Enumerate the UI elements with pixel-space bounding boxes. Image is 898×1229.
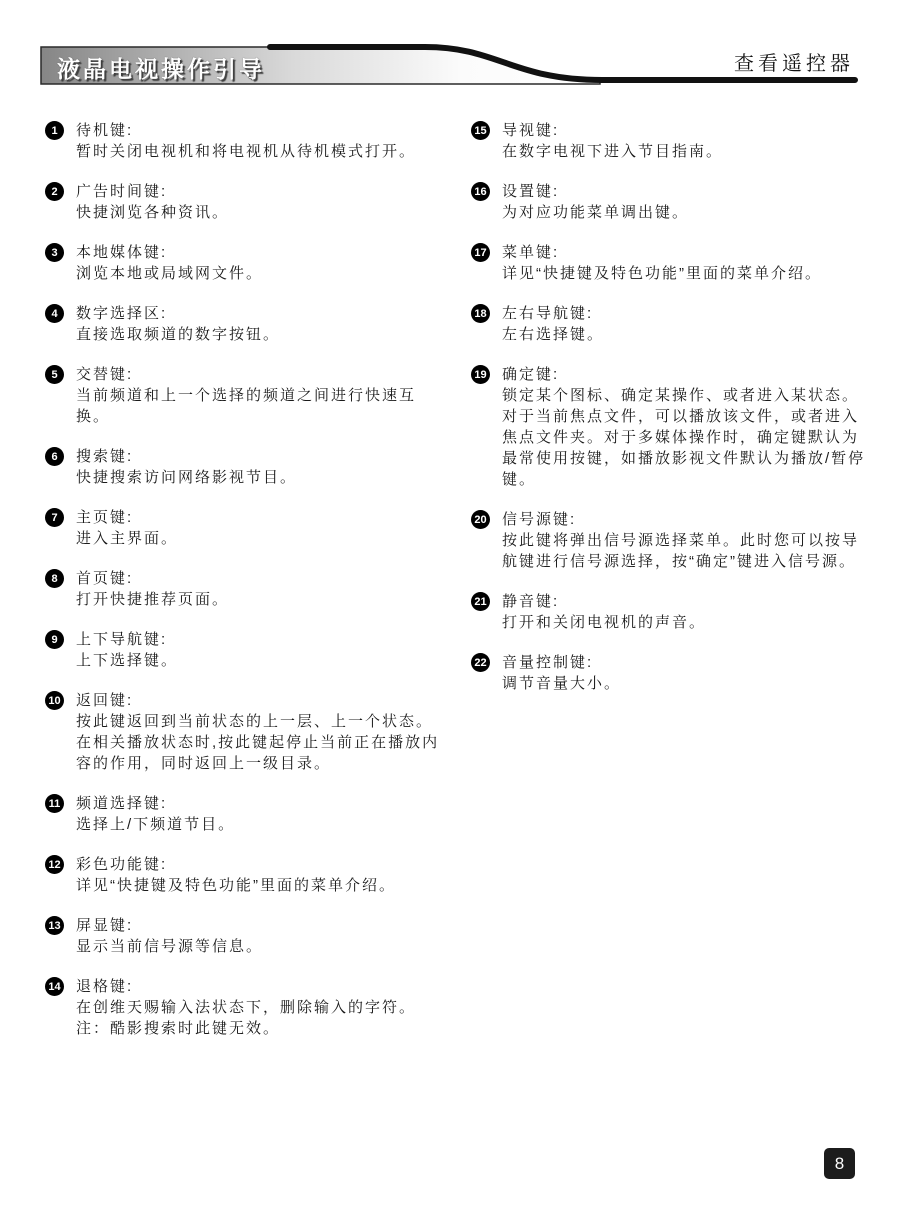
list-item-15: 15 导视键: 在数字电视下进入节目指南。	[471, 120, 875, 162]
list-item-17: 17 菜单键: 详见“快捷键及特色功能”里面的菜单介绍。	[471, 242, 875, 284]
item-title: 频道选择键:	[76, 793, 235, 814]
item-title: 数字选择区:	[76, 303, 280, 324]
item-description: 当前频道和上一个选择的频道之间进行快速互换。	[76, 385, 443, 427]
list-item-12: 12 彩色功能键: 详见“快捷键及特色功能”里面的菜单介绍。	[45, 854, 443, 896]
item-text: 信号源键: 按此键将弹出信号源选择菜单。此时您可以按导航键进行信号源选择，按“确…	[502, 509, 875, 572]
item-title: 搜索键:	[76, 446, 297, 467]
list-item-20: 20 信号源键: 按此键将弹出信号源选择菜单。此时您可以按导航键进行信号源选择，…	[471, 509, 875, 572]
item-number-badge: 8	[45, 569, 64, 588]
item-text: 返回键: 按此键返回到当前状态的上一层、上一个状态。在相关播放状态时,按此键起停…	[76, 690, 443, 774]
list-item-22: 22 音量控制键: 调节音量大小。	[471, 652, 875, 694]
item-text: 确定键: 锁定某个图标、确定某操作、或者进入某状态。对于当前焦点文件，可以播放该…	[502, 364, 875, 490]
list-item-1: 1 待机键: 暂时关闭电视机和将电视机从待机模式打开。	[45, 120, 443, 162]
item-text: 退格键: 在创维天赐输入法状态下，删除输入的字符。 注：酷影搜索时此键无效。	[76, 976, 416, 1039]
item-number-badge: 13	[45, 916, 64, 935]
item-number-badge: 9	[45, 630, 64, 649]
item-description: 浏览本地或局域网文件。	[76, 263, 263, 284]
page-topic-title: 查看遥控器	[734, 47, 854, 76]
item-title: 退格键:	[76, 976, 416, 997]
list-item-5: 5 交替键: 当前频道和上一个选择的频道之间进行快速互换。	[45, 364, 443, 427]
item-description: 打开快捷推荐页面。	[76, 589, 229, 610]
banner-title: 液晶电视操作引导	[57, 51, 265, 84]
item-title: 广告时间键:	[76, 181, 229, 202]
page-number-badge: 8	[824, 1148, 855, 1179]
item-number-badge: 3	[45, 243, 64, 262]
item-description: 显示当前信号源等信息。	[76, 936, 263, 957]
item-title: 静音键:	[502, 591, 706, 612]
item-text: 音量控制键: 调节音量大小。	[502, 652, 621, 694]
item-text: 广告时间键: 快捷浏览各种资讯。	[76, 181, 229, 223]
item-title: 设置键:	[502, 181, 689, 202]
item-number-badge: 19	[471, 365, 490, 384]
item-number-badge: 16	[471, 182, 490, 201]
item-description: 在创维天赐输入法状态下，删除输入的字符。 注：酷影搜索时此键无效。	[76, 997, 416, 1039]
item-number-badge: 17	[471, 243, 490, 262]
item-description: 为对应功能菜单调出键。	[502, 202, 689, 223]
item-number-badge: 6	[45, 447, 64, 466]
item-title: 菜单键:	[502, 242, 822, 263]
list-item-7: 7 主页键: 进入主界面。	[45, 507, 443, 549]
item-title: 屏显键:	[76, 915, 263, 936]
list-item-10: 10 返回键: 按此键返回到当前状态的上一层、上一个状态。在相关播放状态时,按此…	[45, 690, 443, 774]
item-number-badge: 18	[471, 304, 490, 323]
item-title: 彩色功能键:	[76, 854, 396, 875]
item-description: 按此键将弹出信号源选择菜单。此时您可以按导航键进行信号源选择，按“确定”键进入信…	[502, 530, 875, 572]
item-number-badge: 10	[45, 691, 64, 710]
item-title: 信号源键:	[502, 509, 875, 530]
item-title: 待机键:	[76, 120, 416, 141]
item-title: 返回键:	[76, 690, 443, 711]
item-description: 进入主界面。	[76, 528, 178, 549]
list-item-13: 13 屏显键: 显示当前信号源等信息。	[45, 915, 443, 957]
item-description: 左右选择键。	[502, 324, 604, 345]
item-text: 屏显键: 显示当前信号源等信息。	[76, 915, 263, 957]
item-number-badge: 21	[471, 592, 490, 611]
list-item-6: 6 搜索键: 快捷搜索访问网络影视节目。	[45, 446, 443, 488]
item-text: 主页键: 进入主界面。	[76, 507, 178, 549]
item-text: 数字选择区: 直接选取频道的数字按钮。	[76, 303, 280, 345]
item-description: 详见“快捷键及特色功能”里面的菜单介绍。	[502, 263, 822, 284]
item-number-badge: 7	[45, 508, 64, 527]
item-text: 上下导航键: 上下选择键。	[76, 629, 178, 671]
item-title: 导视键:	[502, 120, 723, 141]
item-number-badge: 12	[45, 855, 64, 874]
item-description: 按此键返回到当前状态的上一层、上一个状态。在相关播放状态时,按此键起停止当前正在…	[76, 711, 443, 774]
list-item-4: 4 数字选择区: 直接选取频道的数字按钮。	[45, 303, 443, 345]
item-number-badge: 20	[471, 510, 490, 529]
item-number-badge: 15	[471, 121, 490, 140]
item-number-badge: 14	[45, 977, 64, 996]
item-text: 彩色功能键: 详见“快捷键及特色功能”里面的菜单介绍。	[76, 854, 396, 896]
list-item-18: 18 左右导航键: 左右选择键。	[471, 303, 875, 345]
item-text: 左右导航键: 左右选择键。	[502, 303, 604, 345]
item-title: 确定键:	[502, 364, 875, 385]
list-item-8: 8 首页键: 打开快捷推荐页面。	[45, 568, 443, 610]
button-description-list: 1 待机键: 暂时关闭电视机和将电视机从待机模式打开。 2 广告时间键: 快捷浏…	[45, 120, 875, 1058]
item-number-badge: 4	[45, 304, 64, 323]
item-text: 首页键: 打开快捷推荐页面。	[76, 568, 229, 610]
item-description: 直接选取频道的数字按钮。	[76, 324, 280, 345]
item-description: 上下选择键。	[76, 650, 178, 671]
item-description: 打开和关闭电视机的声音。	[502, 612, 706, 633]
item-description: 锁定某个图标、确定某操作、或者进入某状态。对于当前焦点文件，可以播放该文件，或者…	[502, 385, 875, 490]
item-text: 本地媒体键: 浏览本地或局域网文件。	[76, 242, 263, 284]
item-title: 主页键:	[76, 507, 178, 528]
item-description: 选择上/下频道节目。	[76, 814, 235, 835]
list-item-19: 19 确定键: 锁定某个图标、确定某操作、或者进入某状态。对于当前焦点文件，可以…	[471, 364, 875, 490]
item-description: 暂时关闭电视机和将电视机从待机模式打开。	[76, 141, 416, 162]
item-number-badge: 2	[45, 182, 64, 201]
item-text: 导视键: 在数字电视下进入节目指南。	[502, 120, 723, 162]
item-text: 静音键: 打开和关闭电视机的声音。	[502, 591, 706, 633]
item-title: 上下导航键:	[76, 629, 178, 650]
list-item-14: 14 退格键: 在创维天赐输入法状态下，删除输入的字符。 注：酷影搜索时此键无效…	[45, 976, 443, 1039]
right-column: 15 导视键: 在数字电视下进入节目指南。 16 设置键: 为对应功能菜单调出键…	[471, 120, 875, 713]
item-text: 待机键: 暂时关闭电视机和将电视机从待机模式打开。	[76, 120, 416, 162]
list-item-11: 11 频道选择键: 选择上/下频道节目。	[45, 793, 443, 835]
list-item-9: 9 上下导航键: 上下选择键。	[45, 629, 443, 671]
item-text: 菜单键: 详见“快捷键及特色功能”里面的菜单介绍。	[502, 242, 822, 284]
item-title: 音量控制键:	[502, 652, 621, 673]
list-item-16: 16 设置键: 为对应功能菜单调出键。	[471, 181, 875, 223]
item-description: 快捷浏览各种资讯。	[76, 202, 229, 223]
item-description: 调节音量大小。	[502, 673, 621, 694]
item-description: 快捷搜索访问网络影视节目。	[76, 467, 297, 488]
item-number-badge: 11	[45, 794, 64, 813]
item-text: 交替键: 当前频道和上一个选择的频道之间进行快速互换。	[76, 364, 443, 427]
list-item-21: 21 静音键: 打开和关闭电视机的声音。	[471, 591, 875, 633]
left-column: 1 待机键: 暂时关闭电视机和将电视机从待机模式打开。 2 广告时间键: 快捷浏…	[45, 120, 443, 1058]
item-title: 交替键:	[76, 364, 443, 385]
item-title: 首页键:	[76, 568, 229, 589]
item-number-badge: 5	[45, 365, 64, 384]
page-header: 液晶电视操作引导 查看遥控器	[0, 0, 898, 100]
item-description: 详见“快捷键及特色功能”里面的菜单介绍。	[76, 875, 396, 896]
item-description: 在数字电视下进入节目指南。	[502, 141, 723, 162]
item-text: 搜索键: 快捷搜索访问网络影视节目。	[76, 446, 297, 488]
item-title: 左右导航键:	[502, 303, 604, 324]
item-title: 本地媒体键:	[76, 242, 263, 263]
list-item-3: 3 本地媒体键: 浏览本地或局域网文件。	[45, 242, 443, 284]
item-number-badge: 22	[471, 653, 490, 672]
item-number-badge: 1	[45, 121, 64, 140]
item-text: 设置键: 为对应功能菜单调出键。	[502, 181, 689, 223]
item-text: 频道选择键: 选择上/下频道节目。	[76, 793, 235, 835]
list-item-2: 2 广告时间键: 快捷浏览各种资讯。	[45, 181, 443, 223]
